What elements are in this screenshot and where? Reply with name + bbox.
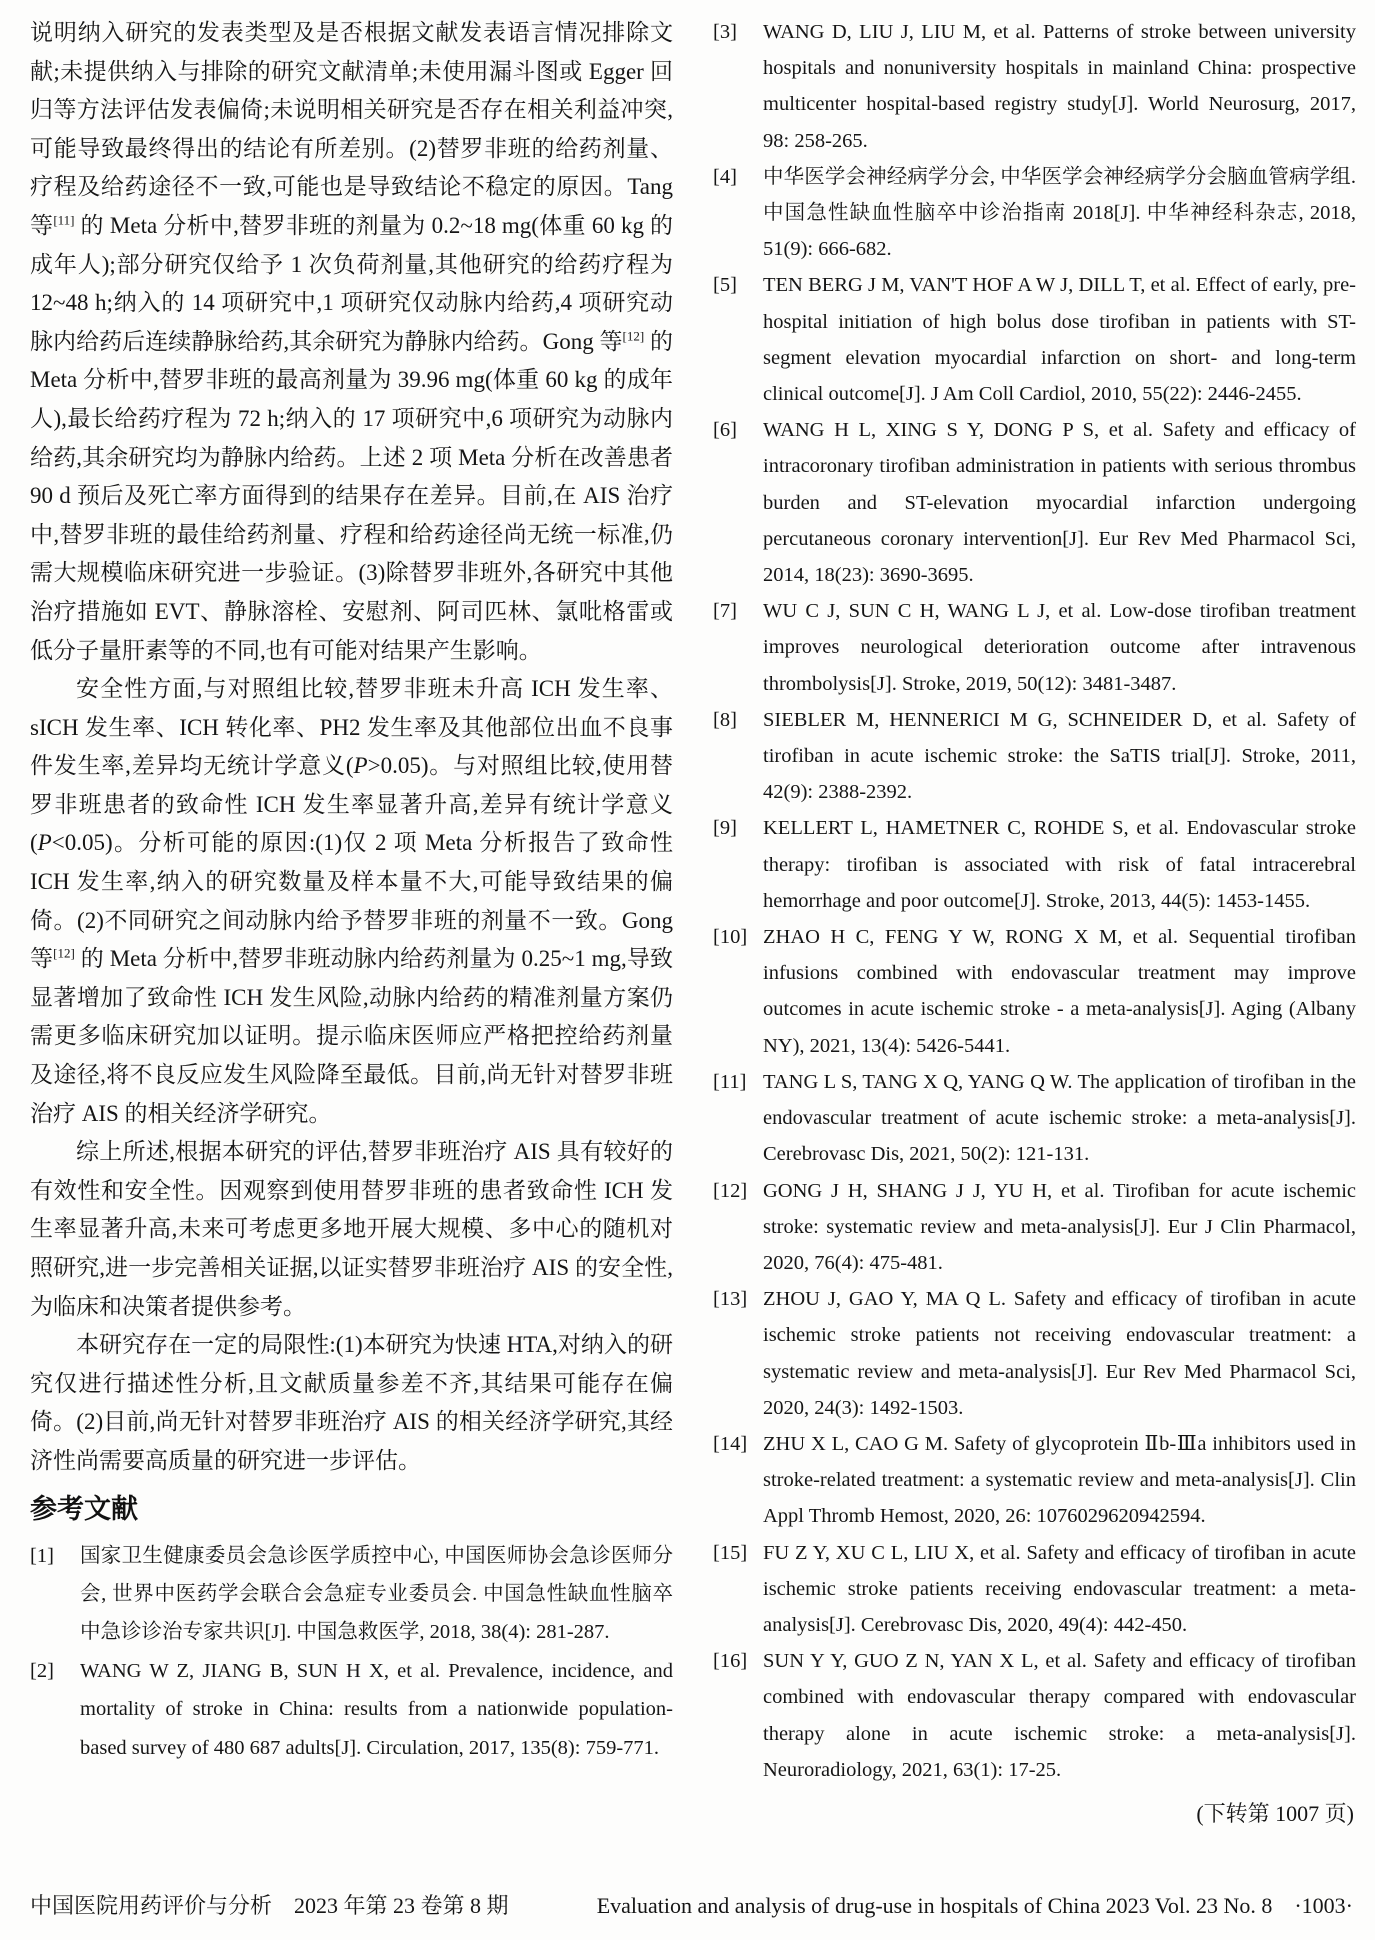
- reference-text: TEN BERG J M, VAN'T HOF A W J, DILL T, e…: [763, 267, 1356, 412]
- reference-number: [11]: [713, 1064, 763, 1173]
- reference-text: WANG D, LIU J, LIU M, et al. Patterns of…: [763, 14, 1356, 159]
- body-paragraph: 说明纳入研究的发表类型及是否根据文献发表语言情况排除文献;未提供纳入与排除的研究…: [30, 14, 673, 670]
- reference-item: [7] WU C J, SUN C H, WANG L J, et al. Lo…: [713, 593, 1356, 702]
- reference-item: [9] KELLERT L, HAMETNER C, ROHDE S, et a…: [713, 810, 1356, 919]
- body-paragraph: 综上所述,根据本研究的评估,替罗非班治疗 AIS 具有较好的有效性和安全性。因观…: [30, 1133, 673, 1326]
- reference-item: [4] 中华医学会神经病学分会, 中华医学会神经病学分会脑血管病学组. 中国急性…: [713, 159, 1356, 268]
- reference-number: [2]: [30, 1652, 80, 1767]
- reference-number: [5]: [713, 267, 763, 412]
- reference-item: [1] 国家卫生健康委员会急诊医学质控中心, 中国医师协会急诊医师分会, 世界中…: [30, 1537, 673, 1652]
- right-column: [3] WANG D, LIU J, LIU M, et al. Pattern…: [713, 14, 1356, 1832]
- reference-item: [2] WANG W Z, JIANG B, SUN H X, et al. P…: [30, 1652, 673, 1767]
- reference-number: [16]: [713, 1643, 763, 1788]
- reference-item: [6] WANG H L, XING S Y, DONG P S, et al.…: [713, 412, 1356, 593]
- reference-text: TANG L S, TANG X Q, YANG Q W. The applic…: [763, 1064, 1356, 1173]
- reference-number: [9]: [713, 810, 763, 919]
- reference-number: [12]: [713, 1173, 763, 1282]
- left-column: 说明纳入研究的发表类型及是否根据文献发表语言情况排除文献;未提供纳入与排除的研究…: [30, 14, 673, 1832]
- reference-item: [3] WANG D, LIU J, LIU M, et al. Pattern…: [713, 14, 1356, 159]
- footer-journal-title-en: Evaluation and analysis of drug-use in h…: [597, 1891, 1353, 1921]
- reference-text: ZHOU J, GAO Y, MA Q L. Safety and effica…: [763, 1281, 1356, 1426]
- reference-text: WANG W Z, JIANG B, SUN H X, et al. Preva…: [80, 1652, 673, 1767]
- reference-text: FU Z Y, XU C L, LIU X, et al. Safety and…: [763, 1535, 1356, 1644]
- reference-item: [15] FU Z Y, XU C L, LIU X, et al. Safet…: [713, 1535, 1356, 1644]
- references-heading: 参考文献: [30, 1489, 673, 1529]
- reference-text: ZHAO H C, FENG Y W, RONG X M, et al. Seq…: [763, 919, 1356, 1064]
- reference-number: [10]: [713, 919, 763, 1064]
- reference-item: [16] SUN Y Y, GUO Z N, YAN X L, et al. S…: [713, 1643, 1356, 1788]
- reference-text: WANG H L, XING S Y, DONG P S, et al. Saf…: [763, 412, 1356, 593]
- reference-number: [1]: [30, 1537, 80, 1652]
- reference-text: KELLERT L, HAMETNER C, ROHDE S, et al. E…: [763, 810, 1356, 919]
- reference-text: WU C J, SUN C H, WANG L J, et al. Low-do…: [763, 593, 1356, 702]
- continuation-note: (下转第 1007 页): [713, 1796, 1356, 1832]
- reference-text: 国家卫生健康委员会急诊医学质控中心, 中国医师协会急诊医师分会, 世界中医药学会…: [80, 1537, 673, 1652]
- reference-number: [14]: [713, 1426, 763, 1535]
- reference-number: [7]: [713, 593, 763, 702]
- reference-number: [3]: [713, 14, 763, 159]
- reference-number: [4]: [713, 159, 763, 268]
- reference-item: [13] ZHOU J, GAO Y, MA Q L. Safety and e…: [713, 1281, 1356, 1426]
- reference-text: SIEBLER M, HENNERICI M G, SCHNEIDER D, e…: [763, 702, 1356, 811]
- reference-text: GONG J H, SHANG J J, YU H, et al. Tirofi…: [763, 1173, 1356, 1282]
- reference-item: [10] ZHAO H C, FENG Y W, RONG X M, et al…: [713, 919, 1356, 1064]
- reference-text: 中华医学会神经病学分会, 中华医学会神经病学分会脑血管病学组. 中国急性缺血性脑…: [763, 159, 1356, 268]
- reference-item: [5] TEN BERG J M, VAN'T HOF A W J, DILL …: [713, 267, 1356, 412]
- reference-item: [14] ZHU X L, CAO G M. Safety of glycopr…: [713, 1426, 1356, 1535]
- footer-journal-title-cn: 中国医院用药评价与分析 2023 年第 23 卷第 8 期: [30, 1891, 509, 1921]
- reference-item: [11] TANG L S, TANG X Q, YANG Q W. The a…: [713, 1064, 1356, 1173]
- reference-number: [6]: [713, 412, 763, 593]
- reference-number: [13]: [713, 1281, 763, 1426]
- body-paragraph: 安全性方面,与对照组比较,替罗非班未升高 ICH 发生率、sICH 发生率、IC…: [30, 670, 673, 1133]
- reference-item: [12] GONG J H, SHANG J J, YU H, et al. T…: [713, 1173, 1356, 1282]
- page-footer: 中国医院用药评价与分析 2023 年第 23 卷第 8 期 Evaluation…: [30, 1891, 1353, 1921]
- reference-text: ZHU X L, CAO G M. Safety of glycoprotein…: [763, 1426, 1356, 1535]
- body-paragraph: 本研究存在一定的局限性:(1)本研究为快速 HTA,对纳入的研究仅进行描述性分析…: [30, 1326, 673, 1480]
- reference-item: [8] SIEBLER M, HENNERICI M G, SCHNEIDER …: [713, 702, 1356, 811]
- reference-number: [8]: [713, 702, 763, 811]
- paper-page: 说明纳入研究的发表类型及是否根据文献发表语言情况排除文献;未提供纳入与排除的研究…: [0, 0, 1375, 1940]
- two-column-layout: 说明纳入研究的发表类型及是否根据文献发表语言情况排除文献;未提供纳入与排除的研究…: [30, 14, 1356, 1832]
- reference-text: SUN Y Y, GUO Z N, YAN X L, et al. Safety…: [763, 1643, 1356, 1788]
- reference-number: [15]: [713, 1535, 763, 1644]
